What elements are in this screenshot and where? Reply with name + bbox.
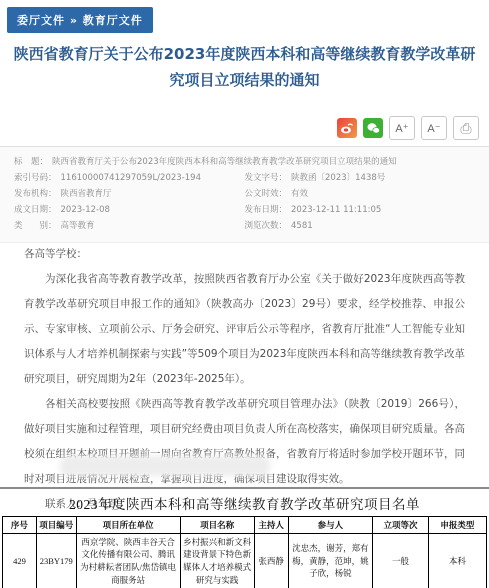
meta-title-value: 陕西省教育厅关于公布2023年度陕西本科和高等继续教育教学改革研究项目立项结果的… — [52, 154, 397, 170]
meta-label: 发布机构： — [14, 186, 57, 202]
cell-type: 本科 — [428, 534, 486, 588]
col-header-name: 项目名称 — [180, 517, 254, 534]
meta-publisher: 发布机构： 陕西省教育厅 — [14, 186, 245, 202]
meta-written-date: 成文日期： 2023-12-08 — [14, 202, 245, 218]
col-header-type: 申报类型 — [428, 517, 486, 534]
paragraph-2: 各相关高校要按照《陕西高等教育教学改革研究项目管理办法》（陕教〔2019〕266… — [24, 392, 465, 492]
meta-label: 公文时效： — [245, 186, 288, 202]
meta-title-row: 标 题： 陕西省教育厅关于公布2023年度陕西本科和高等继续教育教学改革研究项目… — [14, 154, 475, 170]
meta-doc-number: 发文字号： 陕教函〔2023〕1438号 — [245, 170, 476, 186]
meta-label: 发布日期： — [245, 202, 288, 218]
meta-value: 11610000741297059L/2023-194 — [61, 170, 201, 186]
col-header-members: 参与人 — [288, 517, 373, 534]
meta-value: 有效 — [291, 186, 308, 202]
page-title: 陕西省教育厅关于公布2023年度陕西本科和高等继续教育教学改革研究项目立项结果的… — [10, 42, 479, 93]
col-header-grade: 立项等次 — [373, 517, 429, 534]
table-header-row: 序号 项目编号 项目所在单位 项目名称 主持人 参与人 立项等次 申报类型 — [3, 517, 487, 534]
col-header-code: 项目编号 — [36, 517, 76, 534]
meta-value: 陕教函〔2023〕1438号 — [291, 170, 385, 186]
meta-index-number: 索引号码： 11610000741297059L/2023-194 — [14, 170, 245, 186]
font-decrease-button[interactable]: A⁻ — [421, 116, 447, 140]
cell-grade: 一般 — [373, 534, 429, 588]
paragraph-1: 为深化我省高等教育教学改革，按照陕西省教育厅办公室《关于做好2023年度陕西高等… — [24, 267, 465, 392]
cell-unit: 西京学院、陕西丰谷天合文化传播有限公司、腾讯为村耕耘者团队/焦岱镇电商服务站 — [76, 534, 180, 588]
meta-value: 4581 — [291, 218, 313, 234]
col-header-seq: 序号 — [3, 517, 37, 534]
meta-value: 高等教育 — [61, 218, 95, 234]
meta-label: 索引号码： — [14, 170, 57, 186]
meta-label: 成文日期： — [14, 202, 57, 218]
meta-view-count: 浏览次数： 4581 — [245, 218, 476, 234]
meta-label: 发文字号： — [245, 170, 288, 186]
meta-value: 陕西省教育厅 — [61, 186, 112, 202]
project-table: 序号 项目编号 项目所在单位 项目名称 主持人 参与人 立项等次 申报类型 42… — [2, 516, 487, 588]
table-title: 2023年度陕西本科和高等继续教育教学改革研究项目名单 — [2, 490, 487, 516]
meta-category: 类 别： 高等教育 — [14, 218, 245, 234]
table-top-divider — [0, 487, 489, 489]
cell-code: 23BY179 — [36, 534, 76, 588]
cell-name: 乡村振兴和新文科建设背景下特色新媒体人才培养模式研究与实践 — [180, 534, 254, 588]
document-meta-panel: 标 题： 陕西省教育厅关于公布2023年度陕西本科和高等继续教育教学改革研究项目… — [0, 146, 489, 243]
col-header-leader: 主持人 — [254, 517, 288, 534]
project-list-section: 2023年度陕西本科和高等继续教育教学改革研究项目名单 序号 项目编号 项目所在… — [2, 490, 487, 588]
print-button[interactable]: ⎙ — [453, 116, 479, 140]
salutation: 各高等学校： — [24, 242, 465, 267]
meta-title-label: 标 题： — [14, 154, 48, 170]
toolbar: A⁺ A⁻ ⎙ — [337, 116, 479, 140]
meta-value: 2023-12-08 — [61, 202, 110, 218]
redacted-phone-blur — [60, 456, 270, 476]
breadcrumb[interactable]: 委厅文件 » 教育厅文件 — [7, 7, 153, 33]
wechat-share-icon[interactable] — [363, 118, 383, 138]
col-header-unit: 项目所在单位 — [76, 517, 180, 534]
document-page: 委厅文件 » 教育厅文件 陕西省教育厅关于公布2023年度陕西本科和高等继续教育… — [0, 0, 489, 588]
cell-leader: 张西静 — [254, 534, 288, 588]
meta-value: 2023-12-11 11:11:05 — [291, 202, 381, 218]
font-increase-button[interactable]: A⁺ — [389, 116, 415, 140]
meta-label: 浏览次数： — [245, 218, 288, 234]
cell-members: 沈忠杰，谢芳，郑有梅，黄静，范坤，姚子欣，杨锐 — [288, 534, 373, 588]
meta-validity: 公文时效： 有效 — [245, 186, 476, 202]
printer-icon: ⎙ — [460, 120, 471, 137]
meta-label: 类 别： — [14, 218, 57, 234]
meta-publish-date: 发布日期： 2023-12-11 11:11:05 — [245, 202, 476, 218]
table-row: 429 23BY179 西京学院、陕西丰谷天合文化传播有限公司、腾讯为村耕耘者团… — [3, 534, 487, 588]
weibo-share-icon[interactable] — [337, 118, 357, 138]
cell-seq: 429 — [3, 534, 37, 588]
